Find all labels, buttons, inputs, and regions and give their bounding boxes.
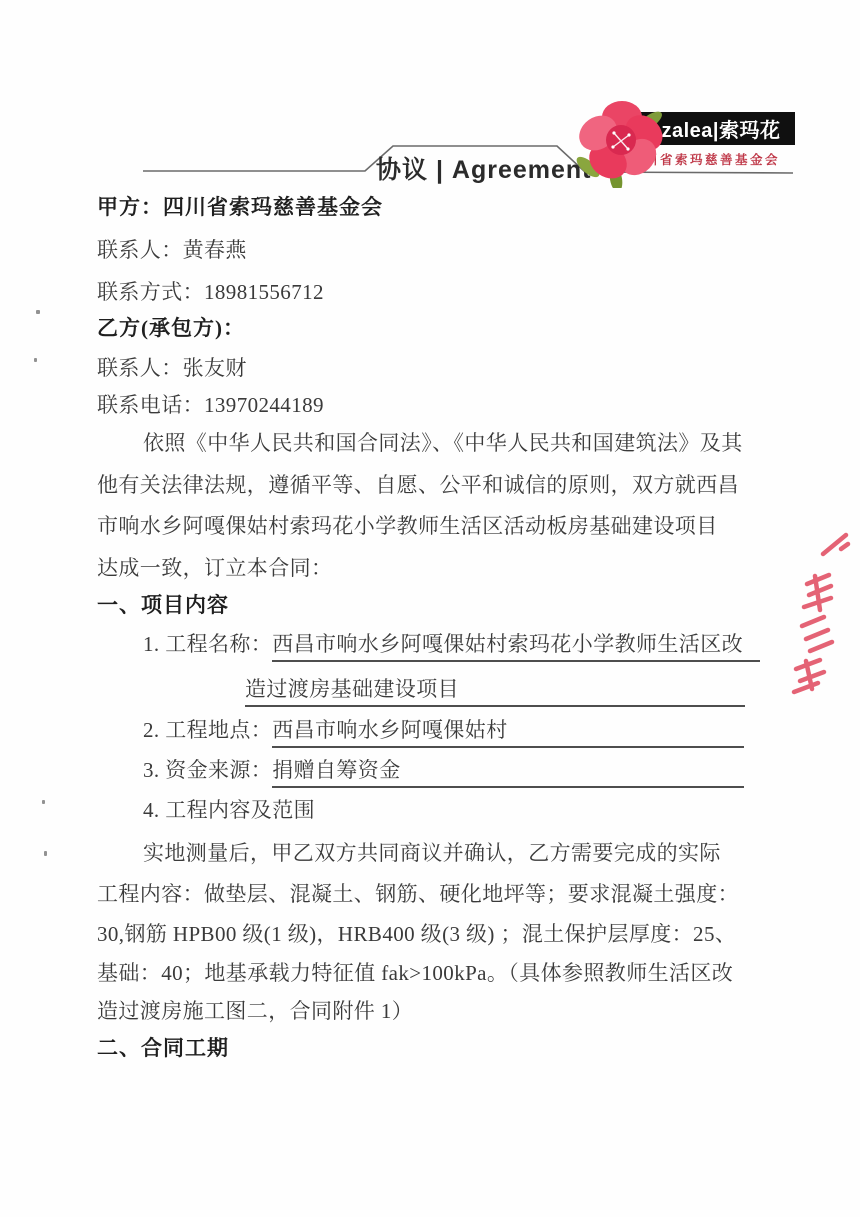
item-value-underlined: 西昌市响水乡阿嘎倮姑村索玛花小学教师生活区改 (272, 631, 760, 662)
scope-body-line: 工程内容：做垫层、混凝土、钢筋、硬化地坪等；要求混凝土强度： (97, 881, 739, 907)
section2-heading: 二、合同工期 (97, 1035, 229, 1061)
preamble-line: 达成一致，订立本合同： (97, 555, 332, 581)
azalea-flower-icon (570, 93, 675, 188)
agreement-document-page: 协议 | Agreement Azalea|索玛花 四川省索玛慈善基金会 甲方：… (0, 0, 860, 1217)
scan-speck (44, 851, 47, 856)
party-a-contact: 联系人：黄春燕 (97, 237, 247, 263)
party-a-title: 甲方：四川省索玛慈善基金会 (97, 194, 383, 220)
item-label: 2. 工程地点： (143, 718, 272, 742)
item-project-name: 1. 工程名称：西昌市响水乡阿嘎倮姑村索玛花小学教师生活区改 (143, 631, 760, 662)
item-value-underlined: 捐赠自筹资金 (272, 757, 744, 788)
document-title: 协议 | Agreement (376, 150, 591, 186)
preamble-line: 依照《中华人民共和国合同法》、《中华人民共和国建筑法》及其 (143, 430, 743, 456)
item-label: 3. 资金来源： (143, 758, 272, 782)
item-project-site: 2. 工程地点：西昌市响水乡阿嘎倮姑村 (143, 717, 744, 748)
preamble-line: 市响水乡阿嘎倮姑村索玛花小学教师生活区活动板房基础建设项目 (97, 513, 718, 539)
party-a-phone: 联系方式：18981556712 (97, 279, 324, 305)
section1-heading: 一、项目内容 (97, 592, 229, 618)
scope-body-line: 造过渡房施工图二，合同附件 1） (97, 998, 413, 1024)
party-b-phone: 联系电话：13970244189 (97, 392, 324, 418)
item-value-underlined: 造过渡房基础建设项目 (245, 676, 745, 707)
scan-speck (36, 310, 40, 314)
scope-body-line: 30,钢筋 HPB00 级(1 级)，HRB400 级(3 级) ；混土保护层厚… (97, 921, 736, 947)
item-label: 1. 工程名称： (143, 632, 272, 656)
preamble-line: 他有关法律法规，遵循平等、自愿、公平和诚信的原则，双方就西昌 (97, 472, 739, 498)
scope-body-line: 实地测量后，甲乙双方共同商议并确认，乙方需要完成的实际 (143, 840, 721, 866)
scan-speck (34, 358, 37, 362)
red-seal-fragment (783, 518, 860, 713)
item-funding-source: 3. 资金来源：捐赠自筹资金 (143, 757, 744, 788)
item-scope-heading: 4. 工程内容及范围 (143, 797, 315, 823)
item-project-name-cont: 造过渡房基础建设项目 (245, 676, 745, 707)
party-b-contact: 联系人：张友财 (97, 355, 247, 381)
item-value-underlined: 西昌市响水乡阿嘎倮姑村 (272, 717, 744, 748)
party-b-title: 乙方(承包方)： (97, 315, 245, 341)
scope-body-line: 基础：40；地基承载力特征值 fak>100kPa。（具体参照教师生活区改 (97, 960, 733, 986)
scan-speck (42, 800, 45, 804)
